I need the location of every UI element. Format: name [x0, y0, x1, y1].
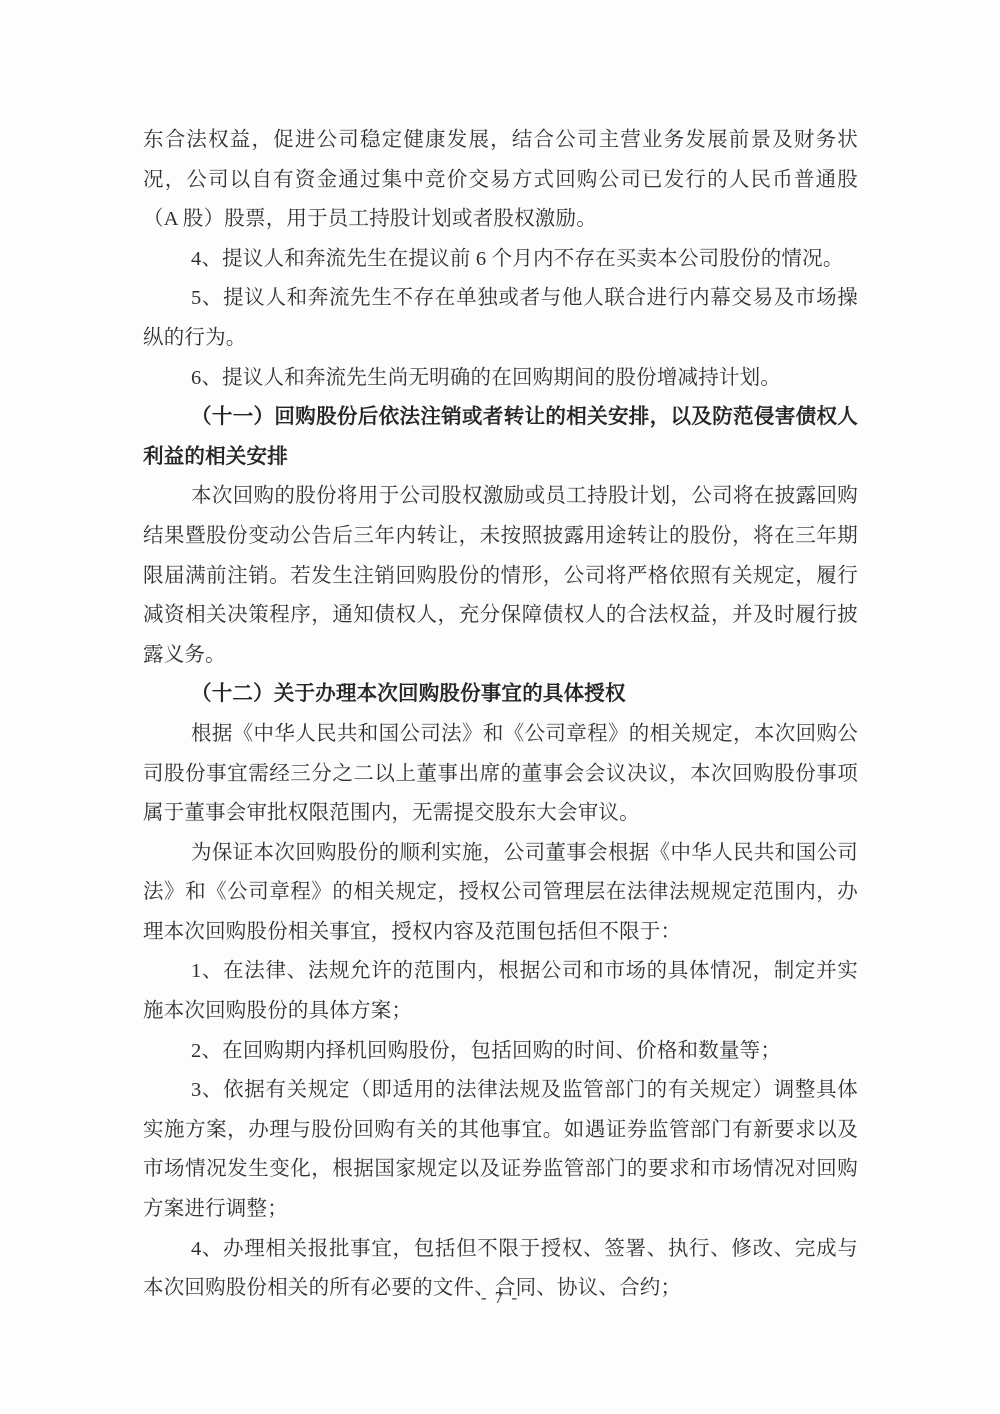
- page-number: - 7 -: [0, 1288, 1000, 1308]
- section-11-body: 本次回购的股份将用于公司股权激励或员工持股计划，公司将在披露回购结果暨股份变动公…: [143, 477, 858, 675]
- section-12-body-2: 为保证本次回购股份的顺利实施，公司董事会根据《中华人民共和国公司法》和《公司章程…: [143, 834, 858, 953]
- authorization-item-2: 2、在回购期内择机回购股份，包括回购的时间、价格和数量等；: [143, 1032, 858, 1072]
- authorization-item-1: 1、在法律、法规允许的范围内，根据公司和市场的具体情况，制定并实施本次回购股份的…: [143, 952, 858, 1031]
- list-item-5: 5、提议人和奔流先生不存在单独或者与他人联合进行内幕交易及市场操纵的行为。: [143, 279, 858, 358]
- section-12-body-1: 根据《中华人民共和国公司法》和《公司章程》的相关规定，本次回购公司股份事宜需经三…: [143, 715, 858, 834]
- continuation-paragraph: 东合法权益，促进公司稳定健康发展，结合公司主营业务发展前景及财务状况，公司以自有…: [143, 121, 858, 240]
- list-item-6: 6、提议人和奔流先生尚无明确的在回购期间的股份增减持计划。: [143, 359, 858, 399]
- page-body-text: 东合法权益，促进公司稳定健康发展，结合公司主营业务发展前景及财务状况，公司以自有…: [143, 121, 858, 1309]
- list-item-4: 4、提议人和奔流先生在提议前 6 个月内不存在买卖本公司股份的情况。: [143, 240, 858, 280]
- document-page: 东合法权益，促进公司稳定健康发展，结合公司主营业务发展前景及财务状况，公司以自有…: [0, 0, 1000, 1414]
- section-heading-12: （十二）关于办理本次回购股份事宜的具体授权: [143, 675, 858, 715]
- authorization-item-3: 3、依据有关规定（即适用的法律法规及监管部门的有关规定）调整具体实施方案，办理与…: [143, 1071, 858, 1229]
- section-heading-11: （十一）回购股份后依法注销或者转让的相关安排，以及防范侵害债权人利益的相关安排: [143, 398, 858, 477]
